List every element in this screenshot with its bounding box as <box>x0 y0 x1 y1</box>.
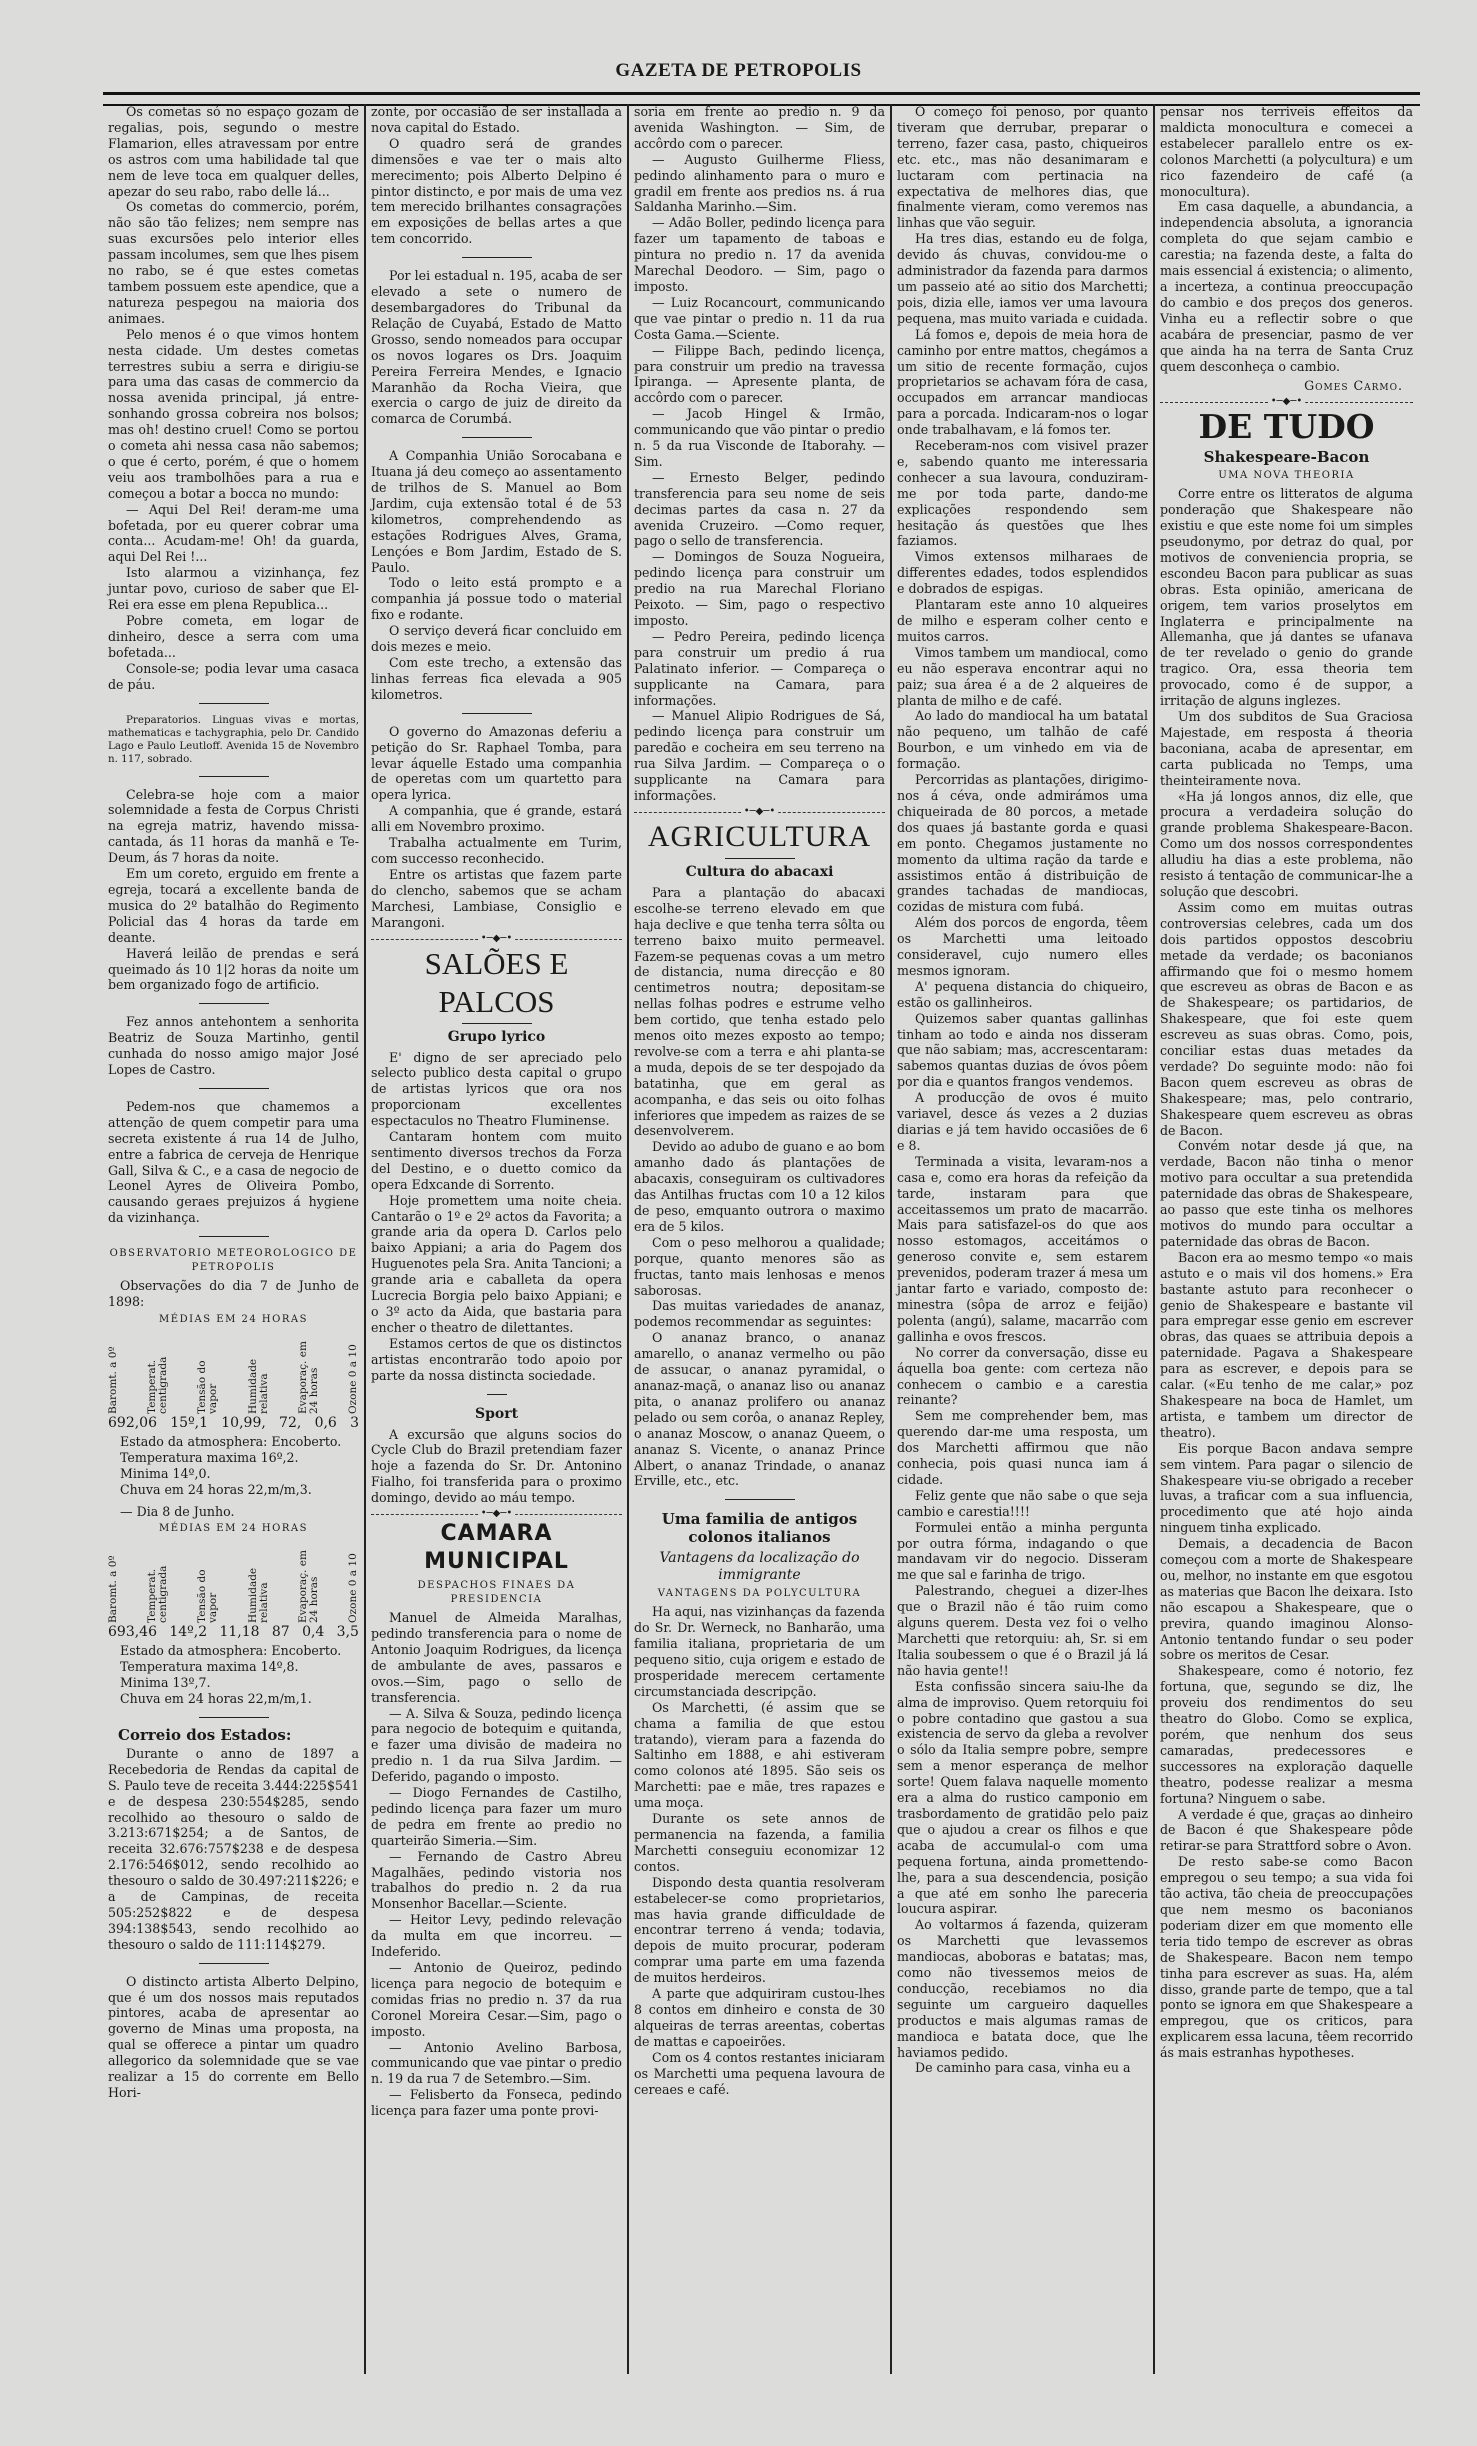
paragraph: — Domingos de Souza Nogueira, pedindo li… <box>634 549 885 629</box>
paragraph: Corre entre os litteratos de alguma pond… <box>1160 486 1413 709</box>
ornament-divider <box>1160 402 1413 404</box>
paragraph: Haverá leilão de prendas e será queimado… <box>108 946 359 994</box>
header-cell: Tensão do vapor <box>197 1539 219 1623</box>
header-cell: Baromt. a 0º <box>108 1539 119 1623</box>
divider <box>199 1003 269 1004</box>
shakespeare-caps: UMA NOVA THEORIA <box>1160 469 1413 483</box>
section-title-camara: CAMARA MUNICIPAL <box>371 1520 622 1576</box>
paragraph: — Augusto Guilherme Fliess, pedindo alin… <box>634 152 885 216</box>
column-3: soria em frente ao predio n. 9 da avenid… <box>629 104 892 2374</box>
ornament-divider <box>634 812 885 814</box>
paragraph: Isto alarmou a vizinhança, fez juntar po… <box>108 565 359 613</box>
value-cell: 14º,2 <box>169 1625 207 1641</box>
section-title-saloes: SALÕES E PALCOS <box>371 945 622 1021</box>
paragraph: Os Marchetti, (é assim que se chama a fa… <box>634 1700 885 1811</box>
article-companhia: A Companhia União Sorocabana e Ituana já… <box>371 448 622 703</box>
paragraph: Sem me comprehender bem, mas querendo da… <box>897 1408 1148 1488</box>
paragraph: — Adão Boller, pedindo licença para faze… <box>634 215 885 295</box>
header-cell: Ozone 0 a 10 <box>348 1539 359 1623</box>
divider <box>199 1717 269 1718</box>
paragraph: Eis porque Bacon andava sempre sem vinte… <box>1160 1441 1413 1536</box>
paragraph: A verdade é que, graças ao dinheiro de B… <box>1160 1807 1413 1855</box>
paragraph: Ha aqui, nas vizinhanças da fazenda do S… <box>634 1604 885 1699</box>
subtitle-abacaxi: Cultura do abacaxi <box>634 863 885 881</box>
value-cell: 15º,1 <box>170 1416 208 1432</box>
paragraph: Quizemos saber quantas gallinhas tinham … <box>897 1011 1148 1091</box>
paragraph: Convém notar desde já que, na verdade, B… <box>1160 1138 1413 1249</box>
paragraph: O começo foi penoso, por quanto tiveram … <box>897 104 1148 231</box>
paragraph: Em um coreto, erguido em frente a egreja… <box>108 866 359 946</box>
header-cell: Temperat. centigrada <box>147 1330 169 1414</box>
article-corpus-christi: Celebra-se hoje com a maior solemnidade … <box>108 787 359 994</box>
paragraph: soria em frente ao predio n. 9 da avenid… <box>634 104 885 152</box>
header-cell: Temperat. centigrada <box>147 1539 169 1623</box>
value-cell: 3,5 <box>337 1625 359 1641</box>
paragraph: zonte, por occasião de ser installada a … <box>371 104 622 136</box>
article-pedem: Pedem-nos que chamemos a attenção de que… <box>108 1099 359 1226</box>
paragraph: Lá fomos e, depois de meia hora de camin… <box>897 327 1148 438</box>
paragraph: — Filippe Bach, pedindo licença, para co… <box>634 343 885 407</box>
paragraph: Vimos extensos milharaes de differentes … <box>897 549 1148 597</box>
paragraph: Assim como em muitas outras controversia… <box>1160 900 1413 1139</box>
paragraph: Todo o leito está prompto e a companhia … <box>371 575 622 623</box>
paragraph: Estamos certos de que os distinctos arti… <box>371 1336 622 1384</box>
paragraph: Terminada a visita, levaram-nos a casa e… <box>897 1154 1148 1345</box>
paragraph: Formulei então a minha pergunta por outr… <box>897 1520 1148 1584</box>
column-2: zonte, por occasião de ser installada a … <box>366 104 629 2374</box>
paragraph: Percorridas as plantações, dirigimo-nos … <box>897 772 1148 915</box>
header-cell: Humidade relativa <box>248 1539 270 1623</box>
meteo-table-header: Baromt. a 0º Temperat. centigrada Tensão… <box>108 1539 359 1623</box>
paragraph: A parte que adquiriram custou-lhes 8 con… <box>634 1986 885 2050</box>
divider <box>462 713 532 714</box>
newspaper-page: GAZETA DE PETROPOLIS Os cometas só no es… <box>0 0 1477 2446</box>
paragraph: Das muitas variedades de ananaz, podemos… <box>634 1298 885 1330</box>
paragraph: Com este trecho, a extensão das linhas f… <box>371 655 622 703</box>
divider <box>199 1088 269 1089</box>
paragraph: Entre os artistas que fazem parte do cle… <box>371 867 622 931</box>
paragraph: Feliz gente que não sabe o que seja camb… <box>897 1488 1148 1520</box>
observatorio-intro: Observações do dia 7 de Junho de 1898: <box>108 1278 359 1310</box>
camara-subtitle: DESPACHOS FINAES DA PRESIDENCIA <box>371 1579 622 1607</box>
meteo-table-header: Baromt. a 0º Temperat. centigrada Tensão… <box>108 1330 359 1414</box>
value-cell: 0,4 <box>302 1625 324 1641</box>
observatorio-title: OBSERVATORIO METEOROLOGICO DE PETROPOLIS <box>108 1247 359 1275</box>
familia-caps: VANTAGENS DA POLYCULTURA <box>634 1587 885 1601</box>
paragraph: — Pedro Pereira, pedindo licença para co… <box>634 629 885 709</box>
paragraph: Esta confissão sincera saiu-lhe da alma … <box>897 1679 1148 1918</box>
header-cell: Tensão do vapor <box>197 1330 219 1414</box>
paragraph: Cantaram hontem com muito sentimento div… <box>371 1129 622 1193</box>
paragraph: Ao voltarmos á fazenda, quizeram os Marc… <box>897 1917 1148 2060</box>
column-1: Os cometas só no espaço gozam de regalia… <box>103 104 366 2374</box>
value-cell: 87 <box>272 1625 290 1641</box>
divider <box>462 1023 532 1024</box>
paragraph: O serviço deverá ficar concluido em dois… <box>371 623 622 655</box>
divider <box>725 1499 795 1500</box>
paragraph: Pelo menos é o que vimos hontem nesta ci… <box>108 327 359 502</box>
paragraph: Bacon era ao mesmo tempo «o mais astuto … <box>1160 1250 1413 1441</box>
paragraph: — Luiz Rocancourt, communicando que vae … <box>634 295 885 343</box>
paragraph: De caminho para casa, vinha eu a <box>897 2060 1148 2076</box>
paragraph: — Fernando de Castro Abreu Magalhães, pe… <box>371 1849 622 1913</box>
header-cell: Humidade relativa <box>248 1330 270 1414</box>
value-cell: 692,06 <box>108 1416 157 1432</box>
correio-text: Durante o anno de 1897 a Recebedoria de … <box>108 1746 359 1953</box>
paragraph: — Felisberto da Fonseca, pedindo licença… <box>371 2087 622 2119</box>
paragraph: Com os 4 contos restantes iniciaram os M… <box>634 2050 885 2098</box>
divider <box>487 1394 507 1395</box>
value-cell: 72, <box>279 1416 301 1432</box>
article-cometas: Os cometas só no espaço gozam de regalia… <box>108 104 359 693</box>
observatorio-section: OBSERVATORIO METEOROLOGICO DE PETROPOLIS… <box>108 1247 359 1707</box>
divider <box>199 1236 269 1237</box>
article-amazonas: O governo do Amazonas deferiu a petição … <box>371 724 622 931</box>
meteo-line: Minima 14º,0. <box>108 1466 359 1482</box>
paragraph: Ao lado do mandiocal ha um batatal não p… <box>897 708 1148 772</box>
meteo-line: Temperatura maxima 16º,2. <box>108 1450 359 1466</box>
section-title-agricultura: AGRICULTURA <box>634 818 885 856</box>
column-5: pensar nos terriveis effeitos da maldict… <box>1155 104 1418 2374</box>
paragraph: Hoje promettem uma noite cheia. Cantarão… <box>371 1193 622 1336</box>
paragraph: Console-se; podia levar uma casaca de pá… <box>108 661 359 693</box>
article-lei: Por lei estadual n. 195, acaba de ser el… <box>371 268 622 427</box>
header-cell: Ozone 0 a 10 <box>348 1330 359 1414</box>
paragraph: No correr da conversação, disse eu áquel… <box>897 1345 1148 1409</box>
ad-preparatorios: Preparatorios. Linguas vivas e mortas, m… <box>108 714 359 766</box>
paragraph: O quadro será de grandes dimensões e vae… <box>371 136 622 247</box>
columns: Os cometas só no espaço gozam de regalia… <box>103 104 1420 2374</box>
header-cell: Evaporaç. em 24 horas <box>298 1330 320 1414</box>
divider <box>199 1963 269 1964</box>
paragraph: Dispondo desta quantia resolveram estabe… <box>634 1875 885 1986</box>
paragraph: A' pequena distancia do chiqueiro, estão… <box>897 979 1148 1011</box>
paragraph: Palestrando, cheguei a dizer-lhes que o … <box>897 1583 1148 1678</box>
paragraph: Devido ao adubo de guano e ao bom amanho… <box>634 1139 885 1234</box>
value-cell: 11,18 <box>219 1625 259 1641</box>
divider <box>462 257 532 258</box>
paragraph: — Antonio Avelino Barbosa, communicando … <box>371 2040 622 2088</box>
paragraph: «Ha já longos annos, diz elle, que procu… <box>1160 789 1413 900</box>
divider <box>199 703 269 704</box>
meteo-line: Chuva em 24 horas 22,m/m,3. <box>108 1482 359 1498</box>
divider <box>462 437 532 438</box>
meteo-line: Temperatura maxima 14º,8. <box>108 1659 359 1675</box>
meteo-line: Estado da atmosphera: Encoberto. <box>108 1434 359 1450</box>
ornament-divider <box>371 939 622 941</box>
divider <box>725 858 795 859</box>
medias-label: MÉDIAS EM 24 HORAS <box>108 1313 359 1327</box>
signature: Gomes Carmo. <box>1160 378 1413 394</box>
paragraph: — A. Silva & Souza, pedindo licença para… <box>371 1706 622 1786</box>
header-cell: Baromt. a 0º <box>108 1330 119 1414</box>
column-4: O começo foi penoso, por quanto tiveram … <box>892 104 1155 2374</box>
article-annos: Fez annos antehontem a senhorita Beatriz… <box>108 1014 359 1078</box>
paragraph: Shakespeare, como é notorio, fez fortuna… <box>1160 1663 1413 1806</box>
paragraph: Os cometas do commercio, porém, não são … <box>108 199 359 326</box>
paragraph: Demais, a decadencia de Bacon começou co… <box>1160 1536 1413 1663</box>
paragraph: Um dos subditos de Sua Graciosa Majestad… <box>1160 709 1413 789</box>
masthead: GAZETA DE PETROPOLIS <box>0 60 1477 82</box>
subtitle-familia: Uma familia de antigos colonos italianos <box>634 1510 885 1546</box>
paragraph: Celebra-se hoje com a maior solemnidade … <box>108 787 359 867</box>
value-cell: 0,6 <box>315 1416 337 1432</box>
header-cell: Evaporaç. em 24 horas <box>298 1539 320 1623</box>
paragraph: Manuel de Almeida Maralhas, pedindo tran… <box>371 1610 622 1705</box>
meteo-row-day8: 693,46 14º,2 11,18 87 0,4 3,5 <box>108 1625 359 1641</box>
paragraph: De resto sabe-se como Bacon empregou o s… <box>1160 1854 1413 2061</box>
paragraph: — Antonio de Queiroz, pedindo licença pa… <box>371 1960 622 2040</box>
meteo-line: Chuva em 24 horas 22,m/m,1. <box>108 1691 359 1707</box>
paragraph: A producção de ovos é muito variavel, de… <box>897 1090 1148 1154</box>
paragraph: Receberam-nos com visivel prazer e, sabe… <box>897 438 1148 549</box>
paragraph: Trabalha actualmente em Turim, com succe… <box>371 835 622 867</box>
paragraph: — Aqui Del Rei! deram-me uma bofetada, p… <box>108 502 359 566</box>
paragraph: — Diogo Fernandes de Castilho, pedindo l… <box>371 1785 622 1849</box>
subtitle-sport: Sport <box>371 1405 622 1423</box>
paragraph: A companhia, que é grande, estará alli e… <box>371 803 622 835</box>
subtitle-grupo-lyrico: Grupo lyrico <box>371 1028 622 1046</box>
meteo-row-day7: 692,06 15º,1 10,99, 72, 0,6 3 <box>108 1416 359 1432</box>
correio-title: Correio dos Estados: <box>108 1728 359 1744</box>
medias-label: MÉDIAS EM 24 HORAS <box>108 1522 359 1536</box>
value-cell: 10,99, <box>221 1416 266 1432</box>
paragraph: Com o peso melhorou a qualidade; porque,… <box>634 1235 885 1299</box>
subtitle-shakespeare-bacon: Shakespeare-Bacon <box>1160 448 1413 466</box>
article-sport: A excursão que alguns socios do Cycle Cl… <box>371 1427 622 1507</box>
familia-subtitle: Vantagens da localização do immigrante <box>634 1550 885 1584</box>
paragraph: Plantaram este anno 10 alqueires de milh… <box>897 597 1148 645</box>
paragraph: Vimos tambem um mandiocal, como eu não e… <box>897 645 1148 709</box>
paragraph: — Manuel Alipio Rodrigues de Sá, pedindo… <box>634 708 885 803</box>
meteo-line: Minima 13º,7. <box>108 1675 359 1691</box>
paragraph: Pobre cometa, em logar de dinheiro, desc… <box>108 613 359 661</box>
paragraph: Em casa daquelle, a abundancia, a indepe… <box>1160 199 1413 374</box>
value-cell: 3 <box>350 1416 359 1432</box>
paragraph: Durante os sete annos de permanencia na … <box>634 1811 885 1875</box>
paragraph: Ha tres dias, estando eu de folga, devid… <box>897 231 1148 326</box>
paragraph: — Jacob Hingel & Irmão, communicando que… <box>634 406 885 470</box>
paragraph: O ananaz branco, o ananaz amarello, o an… <box>634 1330 885 1489</box>
meteo-line: Estado da atmosphera: Encoberto. <box>108 1643 359 1659</box>
ornament-divider <box>371 1514 622 1516</box>
paragraph: Além dos porcos de engorda, têem os Marc… <box>897 915 1148 979</box>
value-cell: 693,46 <box>108 1625 157 1641</box>
divider <box>199 776 269 777</box>
day8-title: — Dia 8 de Junho. <box>108 1504 359 1520</box>
paragraph: — Ernesto Belger, pedindo transferencia … <box>634 470 885 550</box>
paragraph: — Heitor Levy, pedindo relevação da mult… <box>371 1912 622 1960</box>
article-delpino: O distincto artista Alberto Delpino, que… <box>108 1974 359 2101</box>
paragraph: O governo do Amazonas deferiu a petição … <box>371 724 622 804</box>
section-title-de-tudo: DE TUDO <box>1160 408 1413 446</box>
paragraph: Para a plantação do abacaxi escolhe-se t… <box>634 885 885 1140</box>
paragraph: E' digno de ser apreciado pelo selecto p… <box>371 1050 622 1130</box>
paragraph: Os cometas só no espaço gozam de regalia… <box>108 104 359 199</box>
paragraph: A Companhia União Sorocabana e Ituana já… <box>371 448 622 575</box>
paragraph: pensar nos terriveis effeitos da maldict… <box>1160 104 1413 199</box>
